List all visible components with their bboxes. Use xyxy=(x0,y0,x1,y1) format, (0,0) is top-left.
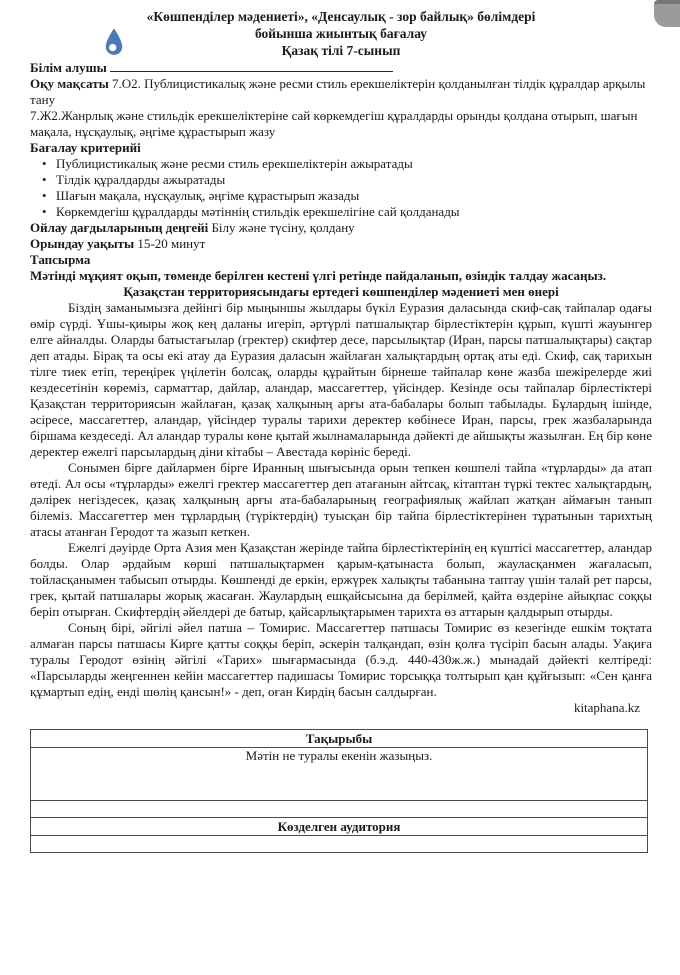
student-name-blank xyxy=(110,59,393,72)
task-instruction: Мәтінді мұқият оқып, төменде берілген ке… xyxy=(30,268,652,284)
reading-text-heading: Қазақстан территориясындағы ертедегі көш… xyxy=(30,284,652,300)
table-row: Мәтін не туралы екенін жазыңыз. xyxy=(31,748,648,801)
analysis-table: Тақырыбы Мәтін не туралы екенін жазыңыз.… xyxy=(30,729,648,853)
thinking-value: Білу және түсіну, қолдану xyxy=(211,220,354,235)
criteria-item: •Шағын мақала, нұсқаулық, әңгіме құрасты… xyxy=(30,188,652,204)
student-label: Білім алушы xyxy=(30,60,107,75)
task-label: Тапсырма xyxy=(30,252,652,268)
bullet-icon: • xyxy=(42,204,56,220)
criteria-list: •Публицистикалық және ресми стиль ерекше… xyxy=(30,156,652,220)
document-content: «Көшпенділер мәдениеті», «Денсаулық - зо… xyxy=(0,0,680,853)
duration-value: 15-20 минут xyxy=(137,236,205,251)
empty-answer-cell xyxy=(31,801,648,818)
audience-answer-cell xyxy=(31,836,648,853)
reading-paragraph-4: Соның бірі, әйгілі әйел патша – Томирис.… xyxy=(30,620,652,700)
table-row: Тақырыбы xyxy=(31,730,648,748)
thinking-label: Ойлау дағдыларының деңгейі xyxy=(30,220,208,235)
objective-label: Оқу мақсаты xyxy=(30,76,109,91)
learning-objective-2: 7.Ж2.Жанрлық және стильдік ерекшеліктері… xyxy=(30,108,652,140)
bullet-icon: • xyxy=(42,156,56,172)
learning-objective-row: Оқу мақсаты 7.О2. Публицистикалық және р… xyxy=(30,76,652,108)
reading-paragraph-3: Ежелгі дәуірде Орта Азия мен Қазақстан ж… xyxy=(30,540,652,620)
topic-answer-cell: Мәтін не туралы екенін жазыңыз. xyxy=(31,748,648,801)
thinking-skills-row: Ойлау дағдыларының деңгейі Білу және түс… xyxy=(30,220,652,236)
reading-paragraph-1: Біздің заманымызға дейінгі бір мыңыншы ж… xyxy=(30,300,652,460)
corner-scroll-button[interactable] xyxy=(654,0,680,27)
table-header-topic: Тақырыбы xyxy=(31,730,648,748)
reading-paragraph-2: Сонымен бірге дайлармен бірге Иранның шы… xyxy=(30,460,652,540)
duration-label: Орындау уақыты xyxy=(30,236,134,251)
assessment-document-page: «Көшпенділер мәдениеті», «Денсаулық - зо… xyxy=(0,0,680,975)
title-line-1: «Көшпенділер мәдениеті», «Денсаулық - зо… xyxy=(30,8,652,25)
criteria-item: •Көркемдегіш құралдарды мәтіннің стильді… xyxy=(30,204,652,220)
bullet-icon: • xyxy=(42,188,56,204)
duration-row: Орындау уақыты 15-20 минут xyxy=(30,236,652,252)
table-header-audience: Көзделген аудитория xyxy=(31,818,648,836)
criteria-label: Бағалау критерийі xyxy=(30,140,652,156)
table-row xyxy=(31,836,648,853)
bullet-icon: • xyxy=(42,172,56,188)
table-row xyxy=(31,801,648,818)
student-name-row: Білім алушы xyxy=(30,59,652,76)
source-attribution: kitaphana.kz xyxy=(30,700,652,716)
criteria-item: •Публицистикалық және ресми стиль ерекше… xyxy=(30,156,652,172)
objective-value: 7.О2. Публицистикалық және ресми стиль е… xyxy=(30,76,645,107)
water-drop-icon xyxy=(103,27,125,59)
table-row: Көзделген аудитория xyxy=(31,818,648,836)
criteria-item: •Тілдік құралдарды ажыратады xyxy=(30,172,652,188)
